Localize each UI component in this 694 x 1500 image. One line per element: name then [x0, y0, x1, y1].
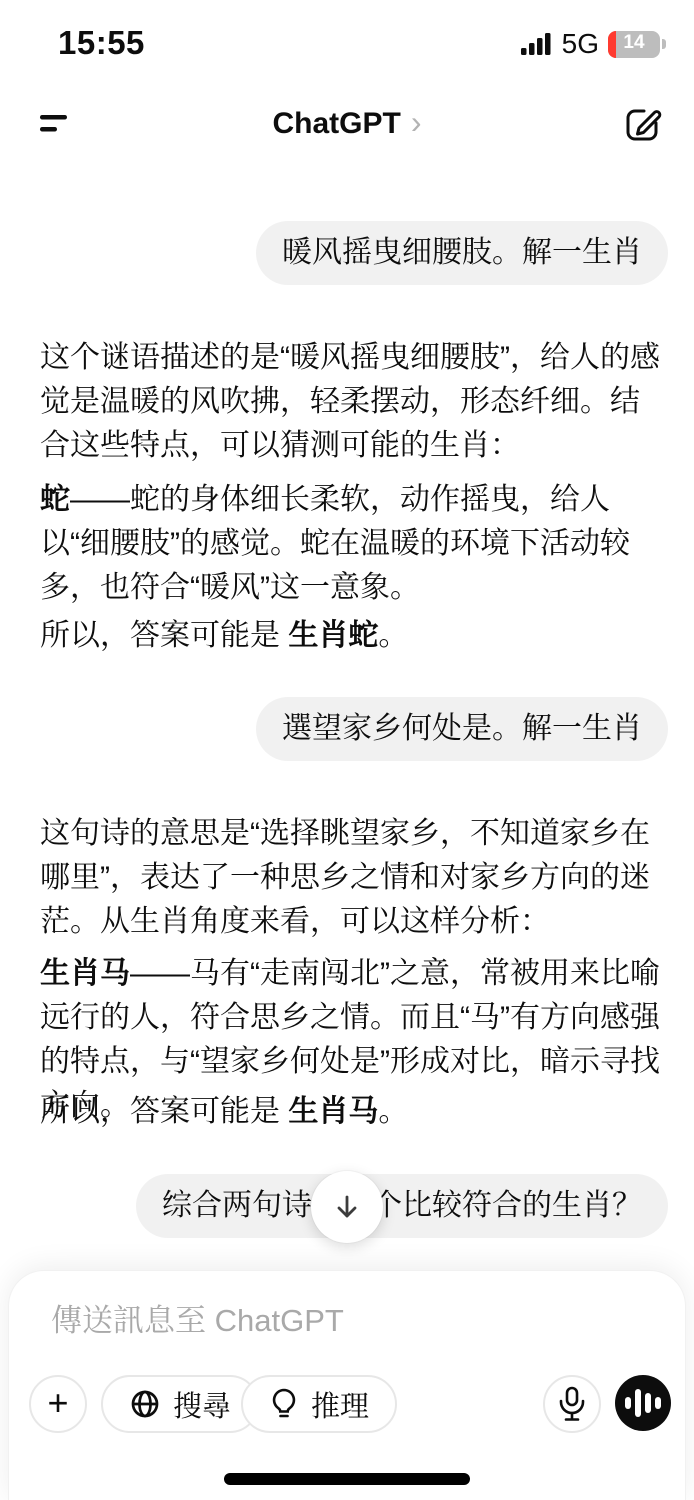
- voice-mode-button[interactable]: [615, 1375, 671, 1431]
- bold-text: 生肖蛇: [288, 619, 378, 652]
- bold-text: 蛇: [40, 483, 70, 516]
- scroll-to-bottom-button[interactable]: [311, 1171, 383, 1243]
- search-button-label: 搜尋: [173, 1384, 231, 1425]
- chevron-right-icon: ›: [411, 106, 422, 142]
- assistant-paragraph: 蛇——蛇的身体细长柔软，动作摇曳，给人以“细腰肢”的感觉。蛇在温暖的环境下活动较…: [40, 478, 666, 610]
- search-button[interactable]: 搜尋: [101, 1375, 259, 1433]
- reason-button[interactable]: 推理: [241, 1375, 397, 1433]
- bold-text: 生肖马: [288, 1095, 378, 1128]
- paragraph-text: 。: [378, 619, 408, 652]
- header: ChatGPT ›: [0, 95, 694, 153]
- composer-card: + 搜尋 推理: [8, 1270, 686, 1500]
- new-chat-button[interactable]: [622, 103, 664, 145]
- lightbulb-icon: [269, 1387, 299, 1421]
- home-indicator[interactable]: [224, 1473, 470, 1485]
- user-message-bubble: 综合两句诗来解个比较符合的生肖？: [136, 1174, 668, 1238]
- assistant-paragraph: 这句诗的意思是“选择眺望家乡，不知道家乡在哪里”，表达了一种思乡之情和对家乡方向…: [40, 812, 666, 944]
- microphone-icon: [557, 1386, 587, 1422]
- bold-text: 生肖马: [40, 957, 130, 990]
- conversation-title-button[interactable]: ChatGPT ›: [0, 95, 694, 153]
- paragraph-text: 。: [378, 1095, 408, 1128]
- globe-icon: [129, 1388, 161, 1420]
- battery-icon: 14: [608, 31, 666, 58]
- app-title: ChatGPT: [273, 107, 401, 141]
- battery-percent: 14: [608, 32, 660, 54]
- paragraph-text: ——蛇的身体细长柔软，动作摇曳，给人以“细腰肢”的感觉。蛇在温暖的环境下活动较多…: [40, 483, 630, 604]
- paragraph-text: 所以，答案可能是: [40, 1095, 288, 1128]
- voice-waveform-icon: [625, 1389, 661, 1417]
- assistant-paragraph: 这个谜语描述的是“暖风摇曳细腰肢”，给人的感觉是温暖的风吹拂，轻柔摆动，形态纤细…: [40, 336, 666, 468]
- attach-plus-button[interactable]: +: [29, 1375, 87, 1433]
- status-time: 15:55: [58, 24, 145, 62]
- paragraph-text: 所以，答案可能是: [40, 619, 288, 652]
- cellular-signal-icon: [521, 31, 553, 57]
- dictation-button[interactable]: [543, 1375, 601, 1433]
- arrow-down-icon: [331, 1191, 363, 1223]
- reason-button-label: 推理: [311, 1384, 369, 1425]
- user-message-bubble: 選望家乡何处是。解一生肖: [256, 697, 668, 761]
- user-message-bubble: 暖风摇曳细腰肢。解一生肖: [256, 221, 668, 285]
- chatgpt-mobile-screen: 15:55 5G 14 ChatGPT ›: [0, 0, 694, 1500]
- assistant-paragraph: 所以，答案可能是 生肖蛇。: [40, 614, 666, 658]
- new-chat-compose-icon: [622, 103, 664, 145]
- assistant-paragraph: 所以，答案可能是 生肖马。: [40, 1090, 666, 1134]
- status-indicators: 5G 14: [521, 28, 666, 60]
- message-input[interactable]: [49, 1297, 633, 1345]
- network-type-label: 5G: [562, 28, 599, 60]
- plus-icon: +: [47, 1385, 68, 1424]
- composer-toolbar: + 搜尋 推理: [9, 1375, 685, 1435]
